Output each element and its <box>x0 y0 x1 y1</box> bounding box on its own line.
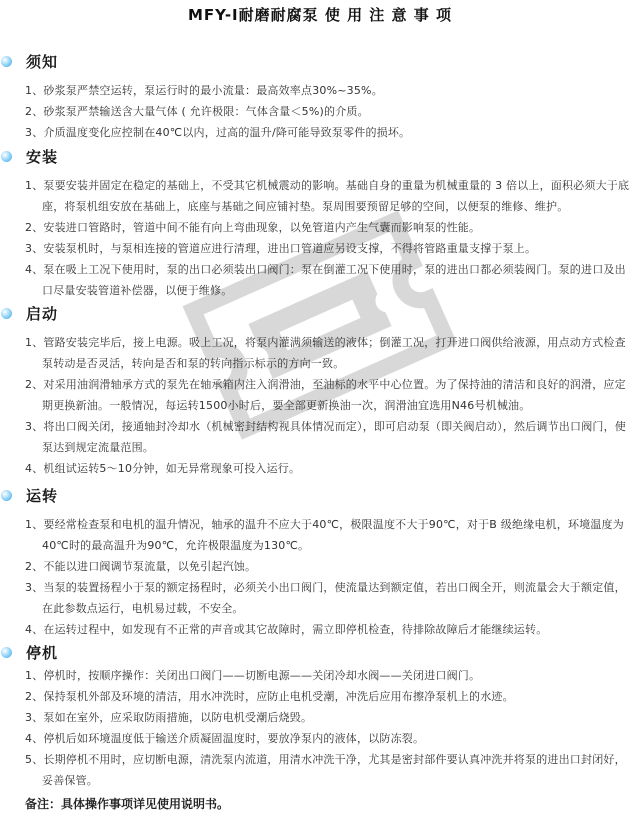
list-item: 3、介质温度变化应控制在40℃以内，过高的温升/降可能导致泵零件的损坏。 <box>0 122 640 143</box>
bullet-icon <box>1 490 12 501</box>
bullet-icon <box>1 151 12 162</box>
section-title: 须知 <box>26 51 58 72</box>
list-item: 4、停机后如环境温度低于输送介质凝固温度时，要放净泵内的液体，以防冻裂。 <box>0 728 640 749</box>
list-item: 5、长期停机不用时，应切断电源，清洗泵内流道，用清水冲洗干净，尤其是密封部件要认… <box>0 749 640 791</box>
list-item: 3、泵如在室外，应采取防雨措施，以防电机受潮后烧毁。 <box>0 707 640 728</box>
section-notice: 须知 1、砂浆泵严禁空运转，泵运行时的最小流量：最高效率点30%~35%。 2、… <box>0 50 640 143</box>
bullet-icon <box>1 308 12 319</box>
list-item: 2、安装进口管路时，管道中间不能有向上弯曲现象，以免管道内产生气囊而影响泵的性能… <box>0 217 640 238</box>
section-shutdown: 停机 1、停机时，按顺序操作：关闭出口阀门——切断电源——关闭冷却水阀——关闭进… <box>0 641 640 791</box>
list-item: 4、泵在吸上工况下使用时，泵的出口必须装出口阀门：泵在倒灌工况下使用时，泵的进出… <box>0 259 640 301</box>
list-item: 2、对采用油润滑轴承方式的泵先在轴承箱内注入润滑油，至油标的水平中心位置。为了保… <box>0 374 640 416</box>
list-item: 3、安装泵机时，与泵相连接的管道应进行清理，进出口管道应另设支撑，不得将管路重量… <box>0 238 640 259</box>
list-item: 3、当泵的装置扬程小于泵的额定扬程时，必须关小出口阀门，使流量达到额定值，若出口… <box>0 577 640 619</box>
list-item: 1、停机时，按顺序操作：关闭出口阀门——切断电源——关闭冷却水阀——关闭进口阀门… <box>0 665 640 686</box>
list-item: 1、泵要安装并固定在稳定的基础上，不受其它机械震动的影响。基础自身的重量为机械重… <box>0 175 640 217</box>
section-title: 安装 <box>26 146 58 167</box>
list-item: 1、管路安装完毕后，接上电源。吸上工况，将泵内灌满须输送的液体；倒灌工况，打开进… <box>0 332 640 374</box>
list-item: 4、机组试运转5～10分钟，如无异常现象可投入运行。 <box>0 458 640 479</box>
section-startup: 启动 1、管路安装完毕后，接上电源。吸上工况，将泵内灌满须输送的液体；倒灌工况，… <box>0 302 640 479</box>
section-title: 停机 <box>26 642 58 663</box>
list-item: 1、砂浆泵严禁空运转，泵运行时的最小流量：最高效率点30%~35%。 <box>0 80 640 101</box>
section-operation: 运转 1、要经常检查泵和电机的温升情况，轴承的温升不应大于40℃，极限温度不大于… <box>0 484 640 640</box>
list-item: 2、砂浆泵严禁输送含大量气体 ( 允许极限：气体含量＜5%)的介质。 <box>0 101 640 122</box>
section-title: 启动 <box>26 303 58 324</box>
list-item: 4、在运转过程中，如发现有不正常的声音或其它故障时，需立即停机检查，待排除故障后… <box>0 619 640 640</box>
footnote: 备注：具体操作事项详见使用说明书。 <box>25 795 229 812</box>
list-item: 3、将出口阀关闭，接通轴封冷却水（机械密封结构视具体情况而定），即可启动泵（即关… <box>0 416 640 458</box>
bullet-icon <box>1 647 12 658</box>
bullet-icon <box>1 56 12 67</box>
section-title: 运转 <box>26 485 58 506</box>
list-item: 2、保持泵机外部及环境的清洁，用水冲洗时，应防止电机受潮，冲洗后应用布擦净泵机上… <box>0 686 640 707</box>
list-item: 1、要经常检查泵和电机的温升情况，轴承的温升不应大于40℃，极限温度不大于90℃… <box>0 514 640 556</box>
page-title: MFY-I耐磨耐腐泵 使 用 注 意 事 项 <box>0 4 640 25</box>
list-item: 2、不能以进口阀调节泵流量，以免引起汽蚀。 <box>0 556 640 577</box>
section-installation: 安装 1、泵要安装并固定在稳定的基础上，不受其它机械震动的影响。基础自身的重量为… <box>0 145 640 301</box>
